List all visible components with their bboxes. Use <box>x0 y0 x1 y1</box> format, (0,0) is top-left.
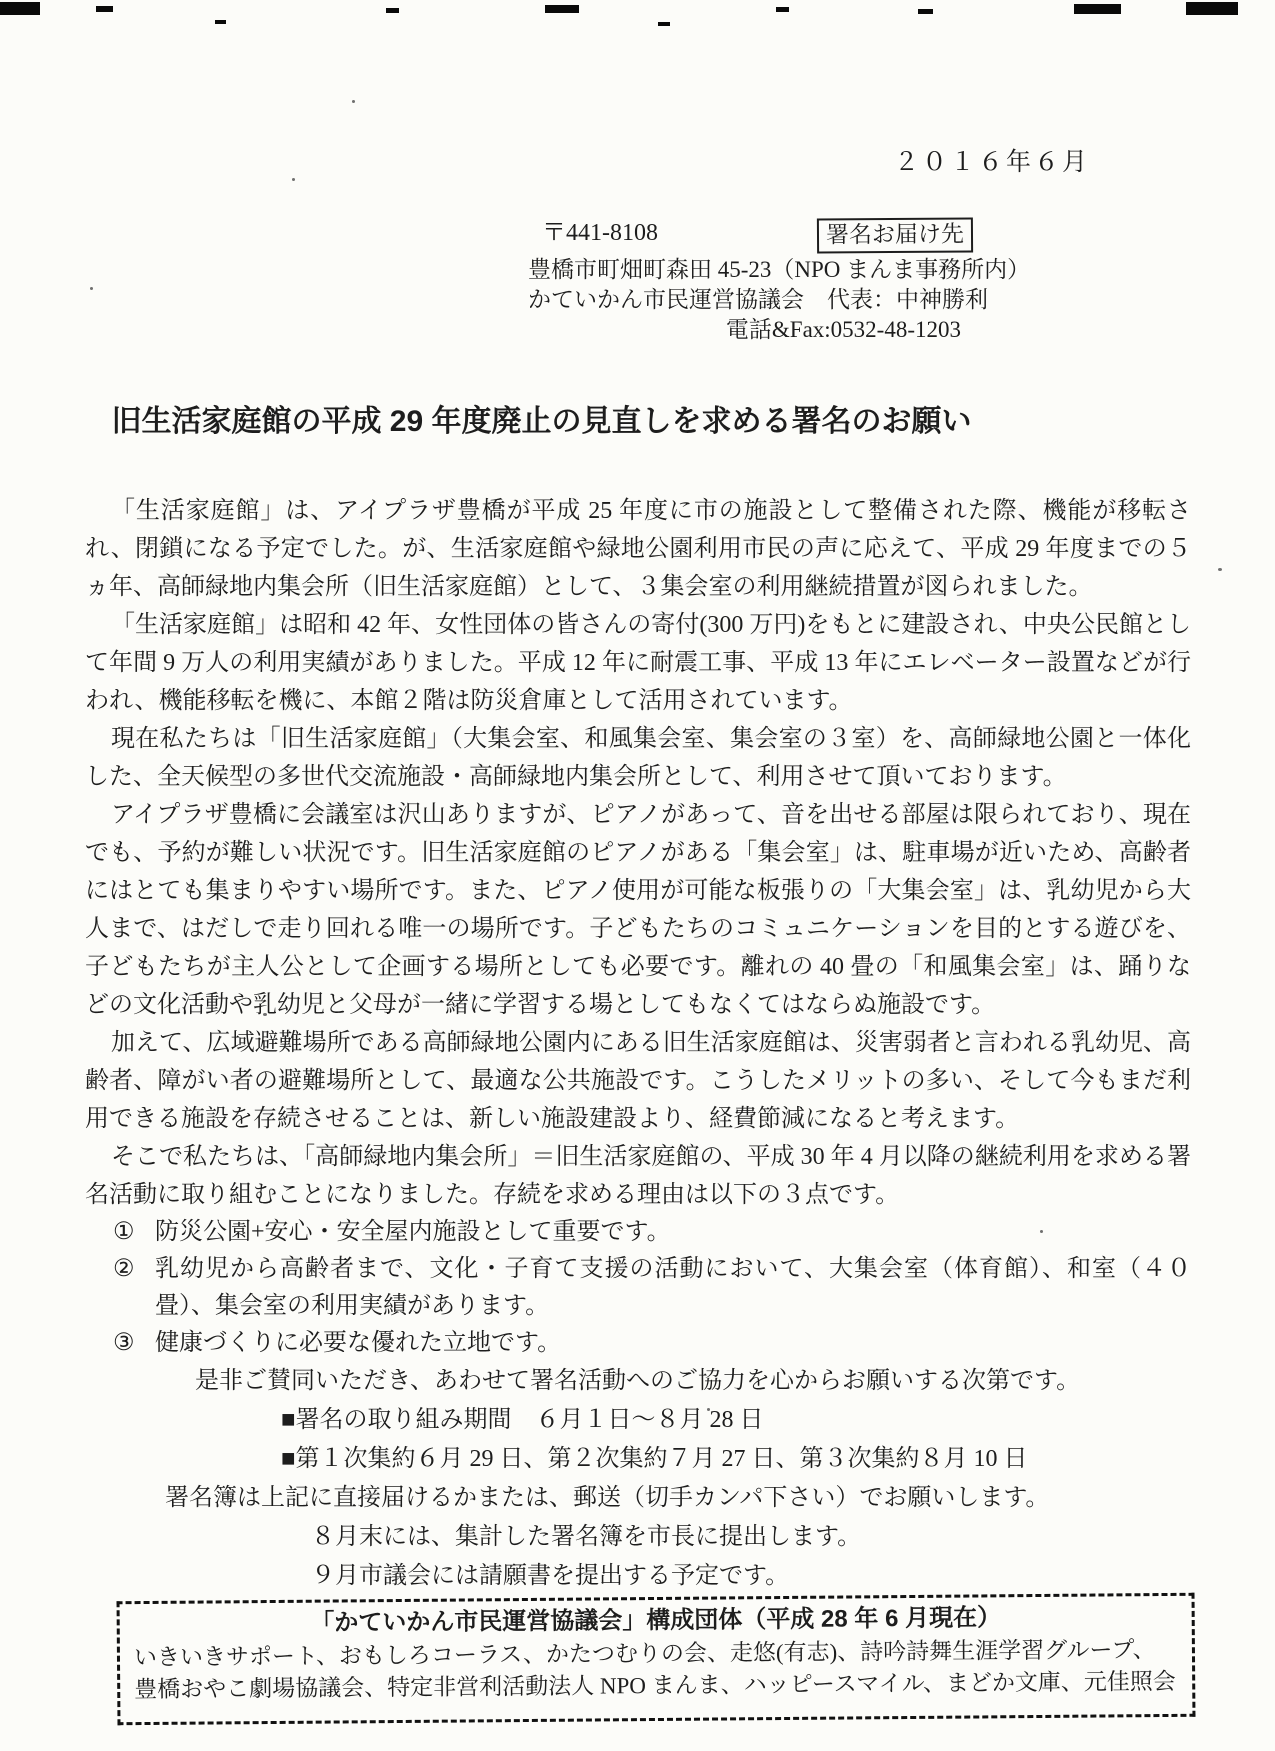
reason-number: ③ <box>113 1325 155 1362</box>
scan-artifact <box>545 5 579 13</box>
scan-speck <box>352 100 355 103</box>
document-body: 「生活家庭館」は、アイプラザ豊橋が平成 25 年度に市の施設として整備された際、… <box>85 492 1191 1596</box>
reason-text: 防災公園+安心・安全屋内施設として重要です。 <box>155 1214 1191 1251</box>
signature-period-line: ■署名の取り組み期間 ６月１日～８月 28 日 <box>85 1401 1191 1440</box>
delivery-instruction-line: 署名簿は上記に直接届けるかまたは、郵送（切手カンパ下さい）でお願いします。 <box>85 1479 1191 1518</box>
scan-artifact <box>776 7 789 12</box>
paragraph-2: 「生活家庭館」は昭和 42 年、女性団体の皆さんの寄付(300 万円)をもとに建… <box>85 606 1191 720</box>
organization-name: かていかん市民運営協議会 代表：中神勝利 <box>528 285 973 315</box>
scan-artifact <box>386 8 399 13</box>
phone-fax: 電話&Fax:0532-48-1203 <box>528 315 973 345</box>
member-organizations-box: 「かていかん市民運営協議会」構成団体（平成 28 年 6 月現在） いきいきサポ… <box>117 1593 1196 1725</box>
signature-delivery-label: 署名お届け先 <box>817 217 973 253</box>
paragraph-3: 現在私たちは「旧生活家庭館」（大集会室、和風集会室、集会室の３室）を、高師緑地公… <box>85 720 1191 796</box>
scan-speck <box>90 287 93 290</box>
collection-deadlines-line: ■第１次集約６月 29 日、第２次集約７月 27 日、第３次集約８月 10 日 <box>85 1440 1191 1479</box>
scanned-document-page: ２０１６年６月 〒441-8108 署名お届け先 豊橋市町畑町森田 45-23（… <box>0 0 1275 1751</box>
reason-text: 乳幼児から高齢者まで、文化・子育て支援の活動において、大集会室（体育館）、和室（… <box>155 1251 1191 1325</box>
scan-artifact <box>1186 2 1238 15</box>
reason-item-3: ③ 健康づくりに必要な優れた立地です。 <box>113 1325 1191 1362</box>
scan-artifact <box>96 6 113 12</box>
document-date: ２０１６年６月 <box>894 142 1090 178</box>
paragraph-6: そこで私たちは、「高師緑地内集会所」＝旧生活家庭館の、平成 30 年 4 月以降… <box>85 1138 1191 1214</box>
scan-artifact <box>1074 4 1121 14</box>
submit-to-mayor-line: ８月末には、集計した署名簿を市長に提出します。 <box>85 1518 1191 1557</box>
reason-item-1: ① 防災公園+安心・安全屋内施設として重要です。 <box>113 1214 1191 1251</box>
submit-to-council-line: ９月市議会には請願書を提出する予定です。 <box>85 1557 1191 1596</box>
closing-block: 是非ご賛同いただき、あわせて署名活動へのご協力を心からお願いする次第です。 ■署… <box>85 1362 1191 1596</box>
paragraph-5: 加えて、広域避難場所である高師緑地公園内にある旧生活家庭館は、災害弱者と言われる… <box>85 1024 1191 1138</box>
reason-text: 健康づくりに必要な優れた立地です。 <box>155 1325 1191 1362</box>
scan-artifact <box>918 9 933 14</box>
reason-number: ② <box>113 1251 155 1325</box>
paragraph-1: 「生活家庭館」は、アイプラザ豊橋が平成 25 年度に市の施設として整備された際、… <box>85 492 1191 606</box>
appeal-line: 是非ご賛同いただき、あわせて署名活動へのご協力を心からお願いする次第です。 <box>85 1362 1191 1401</box>
street-address: 豊橋市町畑町森田 45-23（NPO まんま事務所内） <box>528 255 973 285</box>
scan-artifact <box>215 20 226 24</box>
scan-speck <box>292 178 295 181</box>
scan-speck <box>1218 568 1222 571</box>
reason-number: ① <box>113 1214 155 1251</box>
scan-artifact <box>0 2 40 15</box>
reason-item-2: ② 乳幼児から高齢者まで、文化・子育て支援の活動において、大集会室（体育館）、和… <box>113 1251 1191 1325</box>
scan-artifact <box>658 22 670 26</box>
postal-code: 〒441-8108 <box>528 218 658 248</box>
paragraph-4: アイプラザ豊橋に会議室は沢山ありますが、ピアノがあって、音を出せる部屋は限られて… <box>85 796 1191 1024</box>
address-block: 〒441-8108 署名お届け先 豊橋市町畑町森田 45-23（NPO まんま事… <box>528 218 973 345</box>
member-organizations-line2: 豊橋おやこ劇場協議会、特定非営利活動法人 NPO まんま、ハッピースマイル、まど… <box>134 1666 1178 1706</box>
document-title: 旧生活家庭館の平成 29 年度廃止の見直しを求める署名のお願い <box>104 396 979 440</box>
reason-list: ① 防災公園+安心・安全屋内施設として重要です。 ② 乳幼児から高齢者まで、文化… <box>85 1214 1191 1362</box>
